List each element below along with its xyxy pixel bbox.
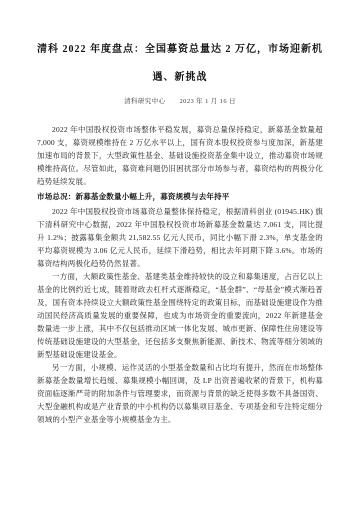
byline-author: 清科研究中心 xyxy=(124,98,165,105)
paragraph-intro: 2022 年中国股权投资市场整体平稳发展，募资总量保持稳定，新募基金数量超 7,… xyxy=(37,123,323,188)
paragraph-large-funds: 一方面，大额政策性基金、基建类基金维持较快的设立和募集速度，占百亿以上基金的比例… xyxy=(37,270,323,361)
byline-date: 2023 年 1 月 16 日 xyxy=(180,98,236,105)
paragraph-market-overview: 2022 年中国股权投资市场募资总量整体保持稳定，根据清科创业 (01945.H… xyxy=(37,205,323,270)
byline: 清科研究中心2023 年 1 月 16 日 xyxy=(37,97,323,107)
document-page: 清科 2022 年度盘点：全国募资总量达 2 万亿，市场迎新机遇、新挑战 清科研… xyxy=(0,0,360,509)
paragraph-small-funds: 另一方面，小规模、运作灵活的小型基金数量和占比均有提升，然而在市场整体新募基金数… xyxy=(37,361,323,426)
article-title: 清科 2022 年度盘点：全国募资总量达 2 万亿，市场迎新机遇、新挑战 xyxy=(37,36,323,92)
section-heading-market-overview: 市场总况：新募基金数量小幅上升，募资规模与去年持平 xyxy=(37,190,323,203)
